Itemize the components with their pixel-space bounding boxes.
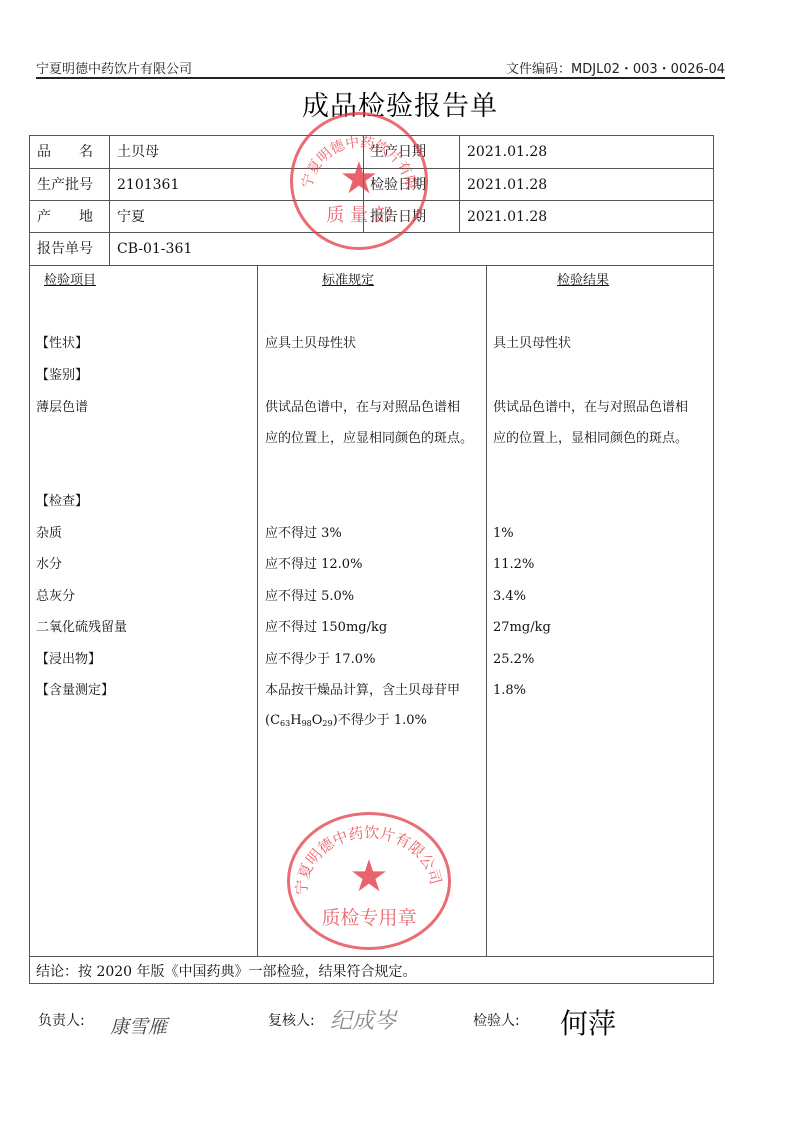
row-item: 薄层色谱 xyxy=(36,398,88,418)
table-border-top xyxy=(29,135,714,136)
row-item: 【浸出物】 xyxy=(36,650,101,670)
row-result: 25.2% xyxy=(493,650,534,670)
row-item: 【性状】 xyxy=(36,334,88,354)
inspection-seal: 宁夏明德中药饮片有限公司 ★ 质检专用章 xyxy=(287,812,451,950)
report-date-label: 报告日期 xyxy=(370,207,426,227)
reviewer-signature: 纪成岑 xyxy=(330,1004,396,1035)
row-item: 水分 xyxy=(36,555,62,575)
report-date-value: 2021.01.28 xyxy=(467,207,547,227)
row-divider xyxy=(29,168,714,169)
batch-value: 2101361 xyxy=(117,175,179,195)
production-date-label: 生产日期 xyxy=(370,142,426,162)
row-result: 供试品色谱中，在与对照品色谱相 xyxy=(493,398,688,418)
row-result: 27mg/kg xyxy=(493,618,551,638)
row-result: 应的位置上，显相同颜色的斑点。 xyxy=(493,429,688,449)
row-divider xyxy=(29,265,714,266)
document-code: 文件编码：MDJL02・003・0026-04 xyxy=(506,58,725,77)
row-result: 具土贝母性状 xyxy=(493,334,571,354)
carbon-count: 63 xyxy=(280,719,290,728)
hydrogen-count: 98 xyxy=(302,719,312,728)
company-name: 宁夏明德中药饮片有限公司 xyxy=(36,58,192,77)
row-item: 【含量测定】 xyxy=(36,681,114,701)
row-divider xyxy=(29,956,714,957)
column-header-item: 检验项目 xyxy=(44,271,96,291)
row-result: 1.8% xyxy=(493,681,526,701)
header-divider xyxy=(36,77,725,79)
row-divider xyxy=(29,200,714,201)
table-border-left xyxy=(29,135,30,983)
col-divider xyxy=(109,135,110,265)
row-standard: 应不得少于 17.0% xyxy=(265,650,375,670)
row-item: 杂质 xyxy=(36,524,62,544)
report-no-value: CB-01-361 xyxy=(117,239,192,259)
col-divider xyxy=(486,265,487,956)
page-title: 成品检验报告单 xyxy=(0,84,800,123)
row-result: 11.2% xyxy=(493,555,534,575)
row-result: 1% xyxy=(493,524,514,544)
row-standard: 应不得过 3% xyxy=(265,524,342,544)
col-divider xyxy=(459,135,460,232)
seal-ring-text: 宁夏明德中药饮片有限公司 xyxy=(290,815,448,947)
report-no-label: 报告单号 xyxy=(37,239,93,259)
oxygen-count: 29 xyxy=(322,719,332,728)
origin-value: 宁夏 xyxy=(117,207,145,227)
row-standard: 应具土贝母性状 xyxy=(265,334,356,354)
product-name-label: 品 名 xyxy=(37,142,93,162)
row-result: 3.4% xyxy=(493,587,526,607)
col-divider xyxy=(363,135,364,232)
inspection-date-value: 2021.01.28 xyxy=(467,175,547,195)
product-name-value: 土贝母 xyxy=(117,142,159,162)
assay-formula: (C63H98O29)不得少于 1.0% xyxy=(265,711,427,731)
column-header-standard: 标准规定 xyxy=(322,271,374,291)
row-item: 二氧化硫残留量 xyxy=(36,618,127,638)
svg-text:宁夏明德中药饮片有限公司: 宁夏明德中药饮片有限公司 xyxy=(293,823,445,895)
row-standard: 应的位置上，应显相同颜色的斑点。 xyxy=(265,429,473,449)
row-item: 总灰分 xyxy=(36,587,75,607)
batch-label: 生产批号 xyxy=(37,175,93,195)
seal-center-text: 质检专用章 xyxy=(290,903,448,930)
row-standard: 应不得过 150mg/kg xyxy=(265,618,387,638)
reviewer-label: 复核人: xyxy=(268,1010,315,1030)
row-divider xyxy=(29,232,714,233)
row-standard: 供试品色谱中，在与对照品色谱相 xyxy=(265,398,460,418)
inspector-label: 检验人: xyxy=(473,1010,520,1030)
responsible-label: 负责人: xyxy=(38,1010,85,1030)
responsible-signature: 康雪雁 xyxy=(110,1012,167,1039)
col-divider xyxy=(257,265,258,956)
column-header-result: 检验结果 xyxy=(557,271,609,291)
row-standard: 应不得过 5.0% xyxy=(265,587,354,607)
origin-label: 产 地 xyxy=(37,207,93,227)
table-border-right xyxy=(713,135,714,983)
row-standard: 应不得过 12.0% xyxy=(265,555,362,575)
star-icon: ★ xyxy=(349,855,388,899)
inspection-date-label: 检验日期 xyxy=(370,175,426,195)
row-item: 【检查】 xyxy=(36,492,88,512)
conclusion: 结论：按 2020 年版《中国药典》一部检验，结果符合规定。 xyxy=(36,962,417,982)
row-item: 【鉴别】 xyxy=(36,366,88,386)
table-border-bottom xyxy=(29,983,714,984)
inspector-signature: 何萍 xyxy=(560,1002,616,1042)
production-date-value: 2021.01.28 xyxy=(467,142,547,162)
assay-formula-suffix: 不得少于 1.0% xyxy=(338,713,427,728)
row-standard: 本品按干燥品计算，含土贝母苷甲 xyxy=(265,681,460,701)
